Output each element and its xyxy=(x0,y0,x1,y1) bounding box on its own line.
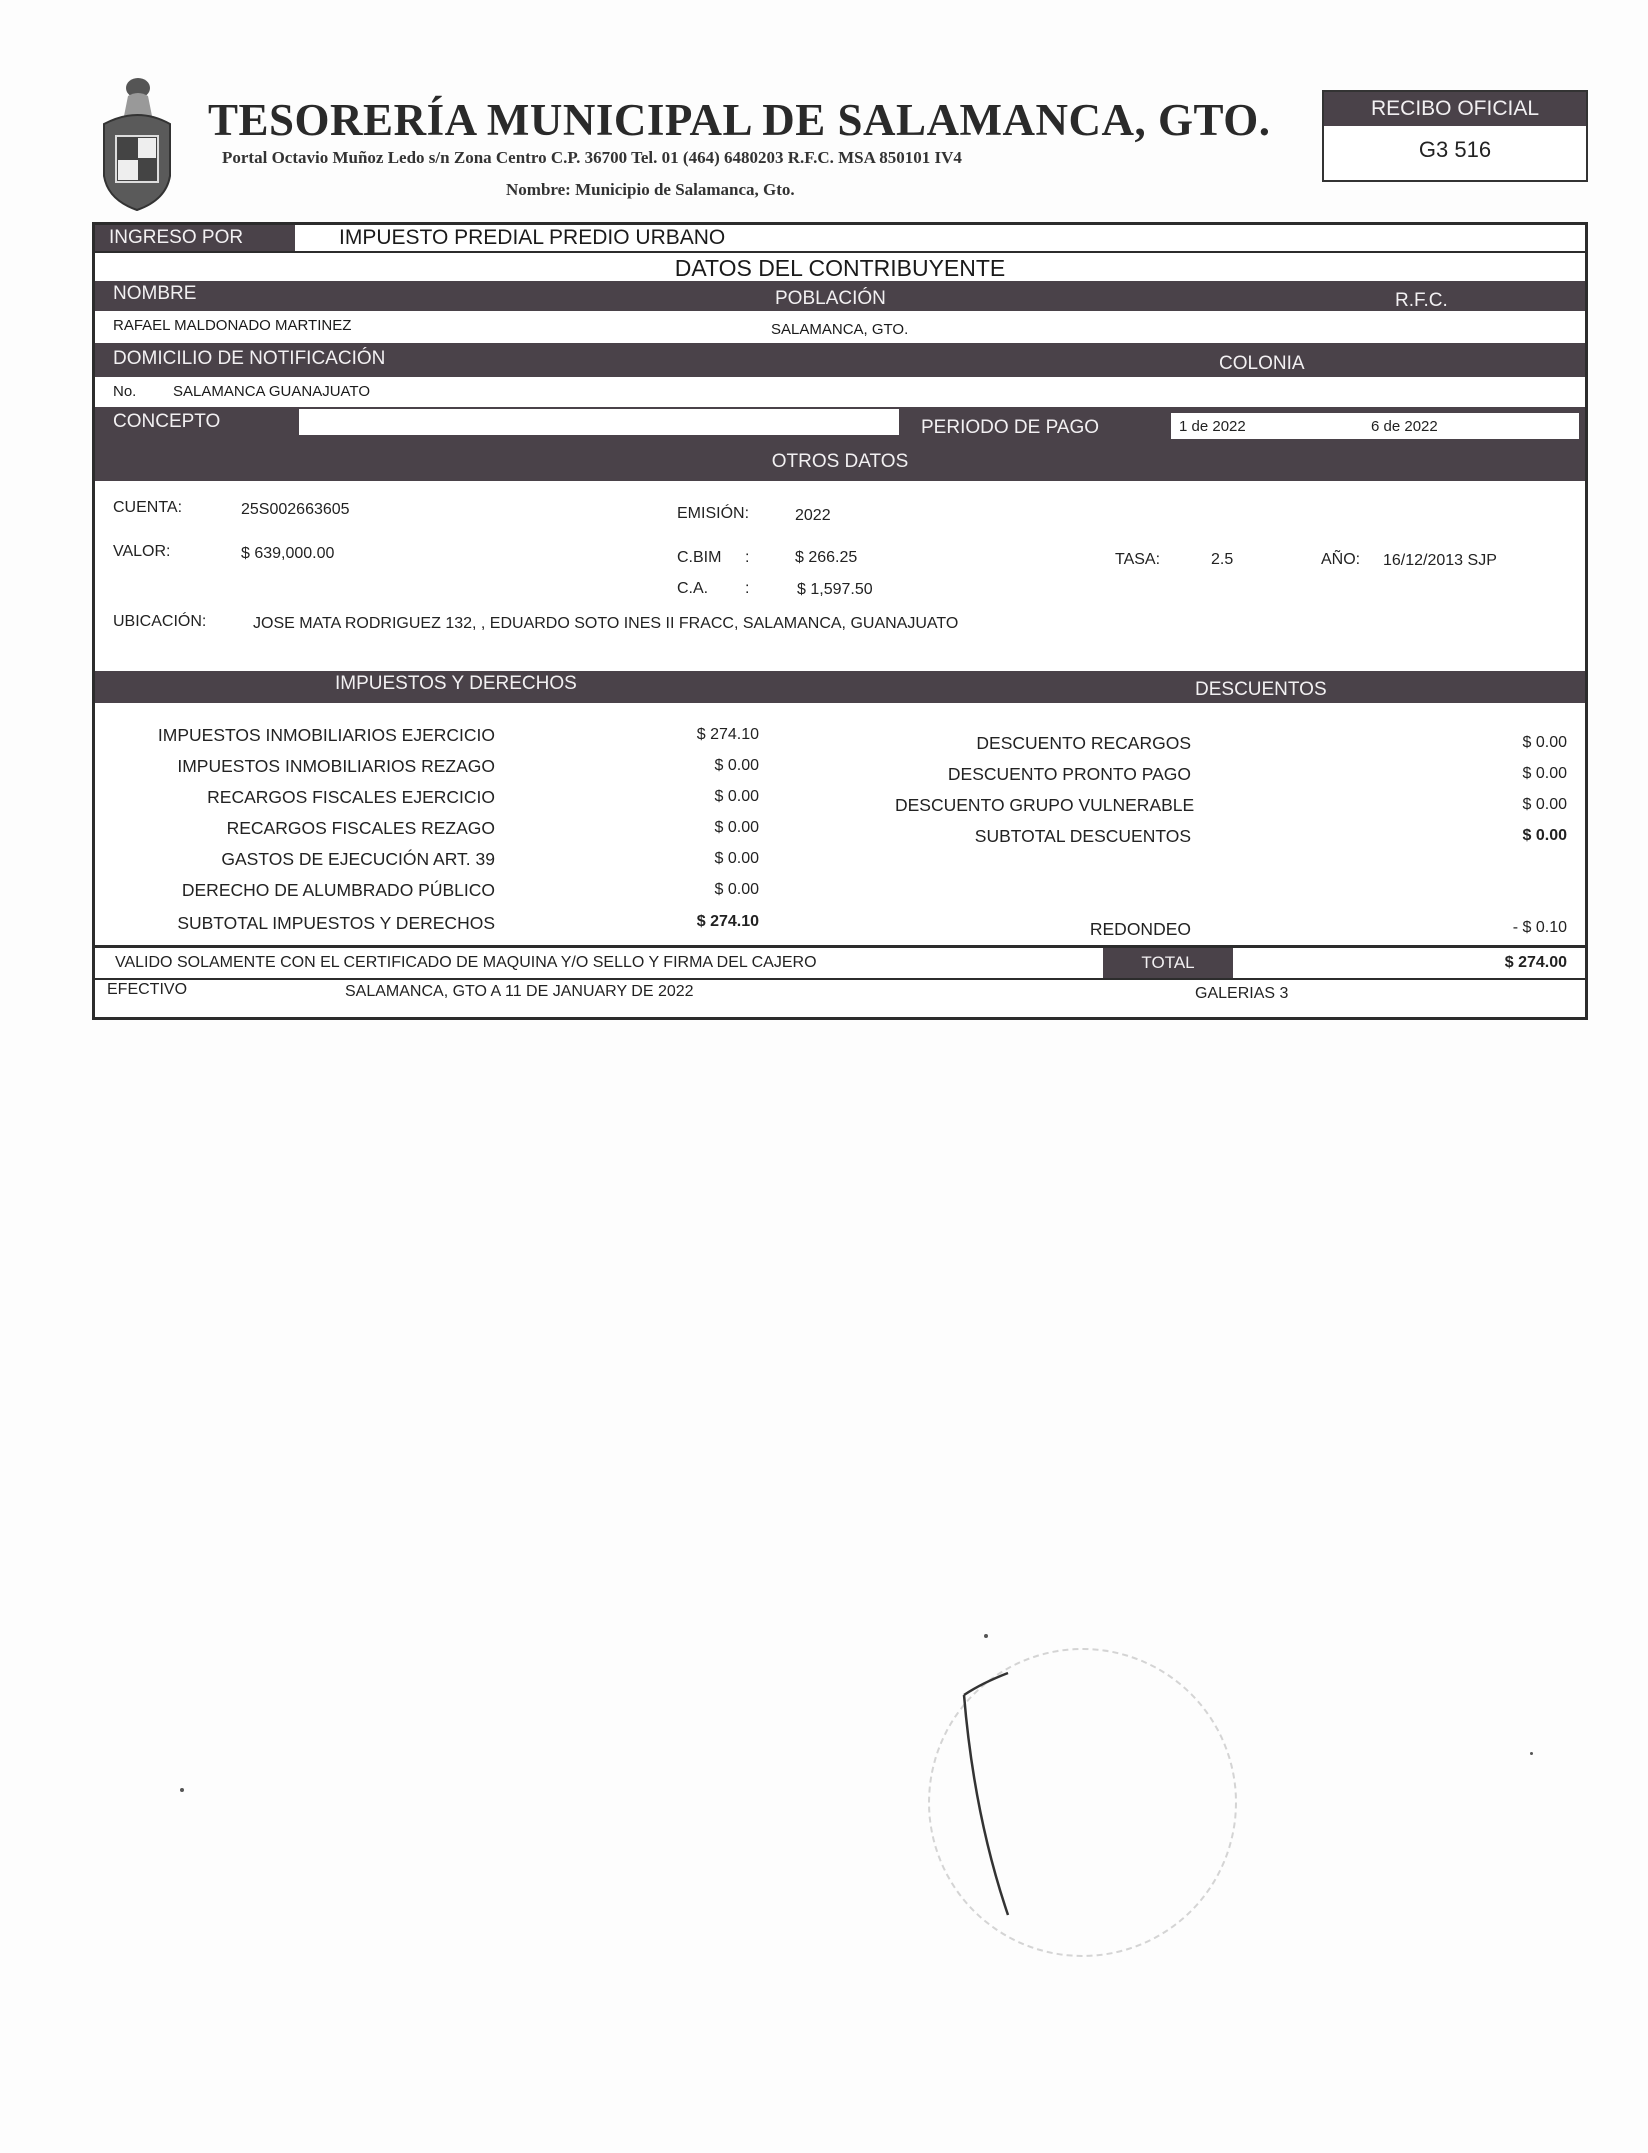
valor-value: $ 639,000.00 xyxy=(241,545,334,563)
tasa-label: TASA: xyxy=(1115,551,1160,569)
tasa-value: 2.5 xyxy=(1211,551,1233,569)
concepto-band: CONCEPTO PERIODO DE PAGO 1 de 2022 6 de … xyxy=(95,407,1585,481)
redondeo-label: REDONDEO xyxy=(995,919,1191,940)
contribuyente-nombre: RAFAEL MALDONADO MARTINEZ xyxy=(113,317,351,334)
line-item-label: DESCUENTO RECARGOS xyxy=(895,733,1191,754)
ink-speck xyxy=(984,1634,988,1638)
domicilio-values-row: No. SALAMANCA GUANAJUATO xyxy=(95,377,1585,405)
impuestos-subtotal-value: $ 274.10 xyxy=(595,913,759,931)
domicilio-label: DOMICILIO DE NOTIFICACIÓN xyxy=(113,348,385,370)
domicilio-value: SALAMANCA GUANAJUATO xyxy=(173,383,370,400)
entity-name: Nombre: Municipio de Salamanca, Gto. xyxy=(506,180,795,200)
contribuyente-values-row: RAFAEL MALDONADO MARTINEZ SALAMANCA, GTO… xyxy=(95,311,1585,341)
receipt-label: RECIBO OFICIAL xyxy=(1324,92,1586,126)
emision-label: EMISIÓN: xyxy=(677,505,749,523)
poblacion-label: POBLACIÓN xyxy=(775,288,886,310)
cuenta-label: CUENTA: xyxy=(113,499,182,517)
ca-separator: : xyxy=(745,580,749,598)
anio-label: AÑO: xyxy=(1321,551,1360,569)
ink-speck xyxy=(1530,1752,1533,1755)
cashier-stamp-with-signature-icon xyxy=(928,1648,1237,1957)
domicilio-prefix: No. xyxy=(113,383,136,400)
descuentos-subtotal-value: $ 0.00 xyxy=(1435,827,1567,845)
municipal-coat-of-arms-icon xyxy=(98,74,176,214)
periodo-desde: 1 de 2022 xyxy=(1179,418,1246,435)
contribuyente-section-title: DATOS DEL CONTRIBUYENTE xyxy=(95,255,1585,282)
domicilio-header-band: DOMICILIO DE NOTIFICACIÓN COLONIA xyxy=(95,343,1585,377)
ca-label: C.A. xyxy=(677,580,708,598)
periodo-hasta: 6 de 2022 xyxy=(1371,418,1438,435)
contribuyente-header-band: NOMBRE POBLACIÓN R.F.C. xyxy=(95,281,1585,311)
lugar: SALAMANCA, GTO A xyxy=(345,983,501,1001)
cbim-separator: : xyxy=(745,549,749,567)
impuestos-section-title: IMPUESTOS Y DERECHOS xyxy=(335,673,577,695)
line-item-amount: $ 0.00 xyxy=(1435,765,1567,783)
nombre-label: NOMBRE xyxy=(113,283,196,305)
total-row: VALIDO SOLAMENTE CON EL CERTIFICADO DE M… xyxy=(95,945,1585,980)
valor-label: VALOR: xyxy=(113,543,171,561)
ubicacion-label: UBICACIÓN: xyxy=(113,613,206,631)
descuentos-list: DESCUENTO RECARGOS$ 0.00DESCUENTO PRONTO… xyxy=(95,703,1585,913)
sucursal: GALERIAS 3 xyxy=(1195,985,1288,1003)
contribuyente-title-row: DATOS DEL CONTRIBUYENTE xyxy=(95,253,1585,281)
receipt-number: G3 516 xyxy=(1324,126,1586,174)
ingreso-row: INGRESO POR IMPUESTO PREDIAL PREDIO URBA… xyxy=(95,225,1585,253)
line-item-amount: $ 0.00 xyxy=(1435,796,1567,814)
line-item-amount: $ 0.00 xyxy=(1435,734,1567,752)
line-item-label: DESCUENTO GRUPO VULNERABLE xyxy=(895,795,1191,816)
cuenta-value: 25S002663605 xyxy=(241,501,350,519)
rfc-label: R.F.C. xyxy=(1395,290,1448,312)
treasury-title: TESORERÍA MUNICIPAL DE SALAMANCA, GTO. xyxy=(208,94,1270,146)
impuestos-descuentos-band: IMPUESTOS Y DERECHOS DESCUENTOS xyxy=(95,671,1585,703)
payment-info-row: EFECTIVO SALAMANCA, GTO A 11 DE JANUARY … xyxy=(95,977,1585,1003)
periodo-label: PERIODO DE PAGO xyxy=(921,417,1099,439)
otros-datos-section: CUENTA: 25S002663605 EMISIÓN: 2022 VALOR… xyxy=(95,481,1585,667)
fecha: 11 DE JANUARY DE 2022 xyxy=(505,983,694,1001)
otros-datos-title: OTROS DATOS xyxy=(95,451,1585,473)
descuentos-subtotal-label: SUBTOTAL DESCUENTOS xyxy=(895,826,1191,847)
forma-pago: EFECTIVO xyxy=(107,981,187,999)
ca-value: $ 1,597.50 xyxy=(797,581,873,599)
descuentos-section-title: DESCUENTOS xyxy=(1195,679,1327,701)
validez-note: VALIDO SOLAMENTE CON EL CERTIFICADO DE M… xyxy=(115,954,817,972)
receipt-form: INGRESO POR IMPUESTO PREDIAL PREDIO URBA… xyxy=(92,222,1588,1020)
concepto-label: CONCEPTO xyxy=(113,411,220,433)
ink-speck xyxy=(180,1788,184,1792)
anio-value: 16/12/2013 SJP xyxy=(1383,552,1497,570)
impuestos-subtotal-label: SUBTOTAL IMPUESTOS Y DERECHOS xyxy=(95,913,495,934)
treasury-address: Portal Octavio Muñoz Ledo s/n Zona Centr… xyxy=(222,148,962,168)
ingreso-value: IMPUESTO PREDIAL PREDIO URBANO xyxy=(339,226,725,250)
cbim-label: C.BIM xyxy=(677,549,721,567)
cbim-value: $ 266.25 xyxy=(795,549,857,567)
total-value: $ 274.00 xyxy=(1435,954,1567,972)
line-item-label: DESCUENTO PRONTO PAGO xyxy=(895,764,1191,785)
periodo-field: 1 de 2022 6 de 2022 xyxy=(1171,413,1579,439)
colonia-label: COLONIA xyxy=(1219,353,1305,375)
concepto-field xyxy=(299,409,899,435)
total-label: TOTAL xyxy=(1103,948,1233,978)
ingreso-label: INGRESO POR xyxy=(95,225,295,251)
emision-value: 2022 xyxy=(795,507,831,525)
ubicacion-value: JOSE MATA RODRIGUEZ 132, , EDUARDO SOTO … xyxy=(253,615,958,633)
contribuyente-poblacion: SALAMANCA, GTO. xyxy=(771,321,908,338)
redondeo-value: - $ 0.10 xyxy=(1435,919,1567,937)
official-receipt-box: RECIBO OFICIAL G3 516 xyxy=(1322,90,1588,182)
